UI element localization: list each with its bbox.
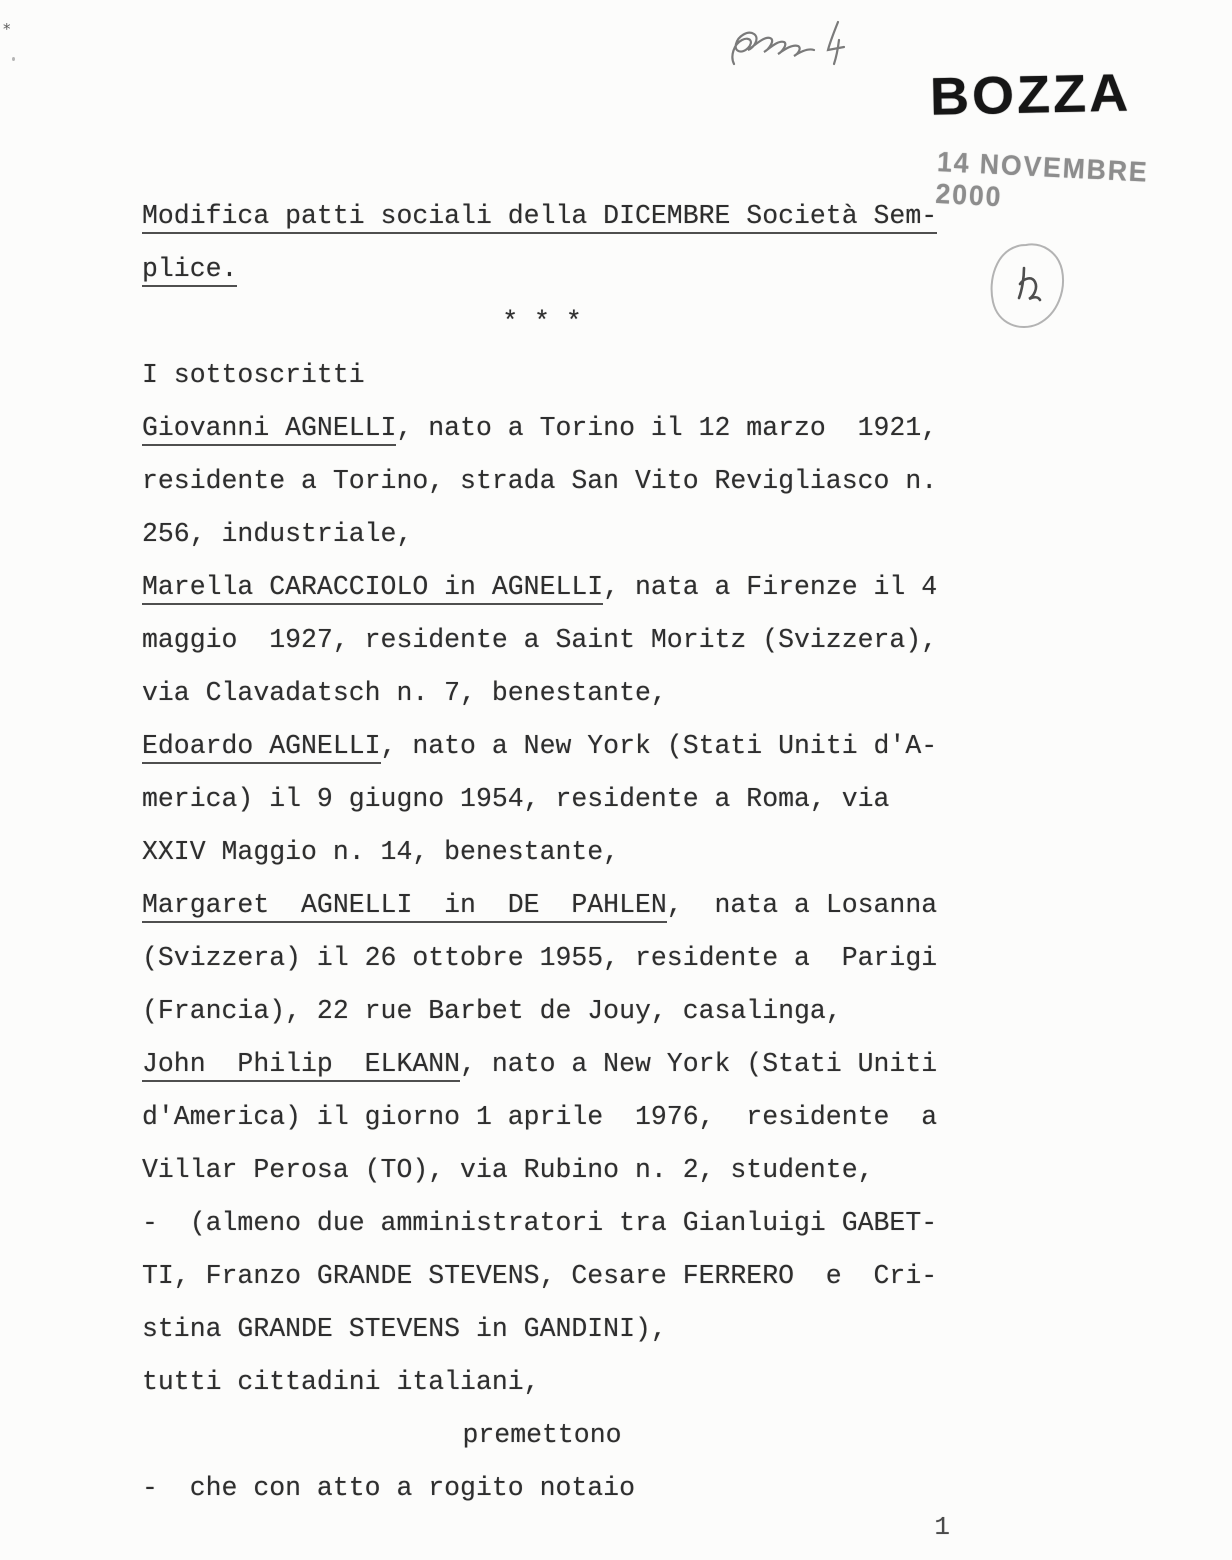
- document-line: Giovanni AGNELLI, nato a Torino il 12 ma…: [142, 402, 942, 455]
- underlined-text: plice.: [142, 254, 237, 287]
- document-line: via Clavadatsch n. 7, benestante,: [142, 667, 942, 720]
- document-line: d'America) il giorno 1 aprile 1976, resi…: [142, 1091, 942, 1144]
- document-line: * * *: [142, 296, 942, 349]
- document-line: plice.: [142, 243, 942, 296]
- scan-dot-icon: [12, 57, 15, 61]
- line-text: (Francia), 22 rue Barbet de Jouy, casali…: [142, 996, 842, 1026]
- underlined-text: Marella CARACCIOLO in AGNELLI: [142, 572, 603, 605]
- line-text: maggio 1927, residente a Saint Moritz (S…: [142, 625, 937, 655]
- page-number: 1: [142, 1512, 950, 1542]
- line-text: , nata a Firenze il 4: [603, 572, 937, 602]
- line-text: , nato a New York (Stati Uniti d'A-: [381, 731, 938, 761]
- document-line: residente a Torino, strada San Vito Revi…: [142, 455, 942, 508]
- line-text: merica) il 9 giugno 1954, residente a Ro…: [142, 784, 889, 814]
- line-text: TI, Franzo GRANDE STEVENS, Cesare FERRER…: [142, 1261, 937, 1291]
- line-text: 256, industriale,: [142, 519, 412, 549]
- line-text: premettono: [462, 1420, 621, 1450]
- underlined-text: Modifica patti sociali della DICEMBRE So…: [142, 201, 937, 234]
- line-text: , nata a Losanna: [667, 890, 937, 920]
- handwritten-scribble-icon: [726, 12, 866, 78]
- document-line: merica) il 9 giugno 1954, residente a Ro…: [142, 773, 942, 826]
- line-text: stina GRANDE STEVENS in GANDINI),: [142, 1314, 667, 1344]
- line-text: d'America) il giorno 1 aprile 1976, resi…: [142, 1102, 937, 1132]
- line-text: I sottoscritti: [142, 360, 365, 390]
- document-body: Modifica patti sociali della DICEMBRE So…: [142, 190, 942, 1515]
- line-text: , nato a Torino il 12 marzo 1921,: [396, 413, 937, 443]
- line-text: residente a Torino, strada San Vito Revi…: [142, 466, 937, 496]
- line-text: Villar Perosa (TO), via Rubino n. 2, stu…: [142, 1155, 874, 1185]
- document-line: TI, Franzo GRANDE STEVENS, Cesare FERRER…: [142, 1250, 942, 1303]
- document-line: (Svizzera) il 26 ottobre 1955, residente…: [142, 932, 942, 985]
- line-text: XXIV Maggio n. 14, benestante,: [142, 837, 619, 867]
- document-line: maggio 1927, residente a Saint Moritz (S…: [142, 614, 942, 667]
- line-text: * * *: [502, 307, 582, 337]
- document-line: I sottoscritti: [142, 349, 942, 402]
- line-text: - (almeno due amministratori tra Gianlui…: [142, 1208, 937, 1238]
- document-line: Villar Perosa (TO), via Rubino n. 2, stu…: [142, 1144, 942, 1197]
- document-line: Modifica patti sociali della DICEMBRE So…: [142, 190, 942, 243]
- document-line: John Philip ELKANN, nato a New York (Sta…: [142, 1038, 942, 1091]
- document-line: Margaret AGNELLI in DE PAHLEN, nata a Lo…: [142, 879, 942, 932]
- document-line: (Francia), 22 rue Barbet de Jouy, casali…: [142, 985, 942, 1038]
- document-line: stina GRANDE STEVENS in GANDINI),: [142, 1303, 942, 1356]
- underlined-text: Margaret AGNELLI in DE PAHLEN: [142, 890, 667, 923]
- document-line: XXIV Maggio n. 14, benestante,: [142, 826, 942, 879]
- line-text: - che con atto a rogito notaio: [142, 1473, 635, 1503]
- document-line: Marella CARACCIOLO in AGNELLI, nata a Fi…: [142, 561, 942, 614]
- date-stamp: 14 NOVEMBRE 2000: [935, 146, 1217, 224]
- line-text: (Svizzera) il 26 ottobre 1955, residente…: [142, 943, 937, 973]
- line-text: , nato a New York (Stati Uniti: [460, 1049, 937, 1079]
- bozza-stamp: BOZZA: [929, 63, 1131, 128]
- line-text: tutti cittadini italiani,: [142, 1367, 540, 1397]
- document-line: Edoardo AGNELLI, nato a New York (Stati …: [142, 720, 942, 773]
- document-line: tutti cittadini italiani,: [142, 1356, 942, 1409]
- underlined-text: Giovanni AGNELLI: [142, 413, 396, 446]
- underlined-text: Edoardo AGNELLI: [142, 731, 381, 764]
- scan-speck-icon: *: [3, 20, 11, 38]
- document-line: 256, industriale,: [142, 508, 942, 561]
- circled-initial-icon: [986, 240, 1072, 334]
- line-text: via Clavadatsch n. 7, benestante,: [142, 678, 667, 708]
- document-line: premettono: [142, 1409, 942, 1462]
- document-line: - (almeno due amministratori tra Gianlui…: [142, 1197, 942, 1250]
- document-line: - che con atto a rogito notaio: [142, 1462, 942, 1515]
- underlined-text: John Philip ELKANN: [142, 1049, 460, 1082]
